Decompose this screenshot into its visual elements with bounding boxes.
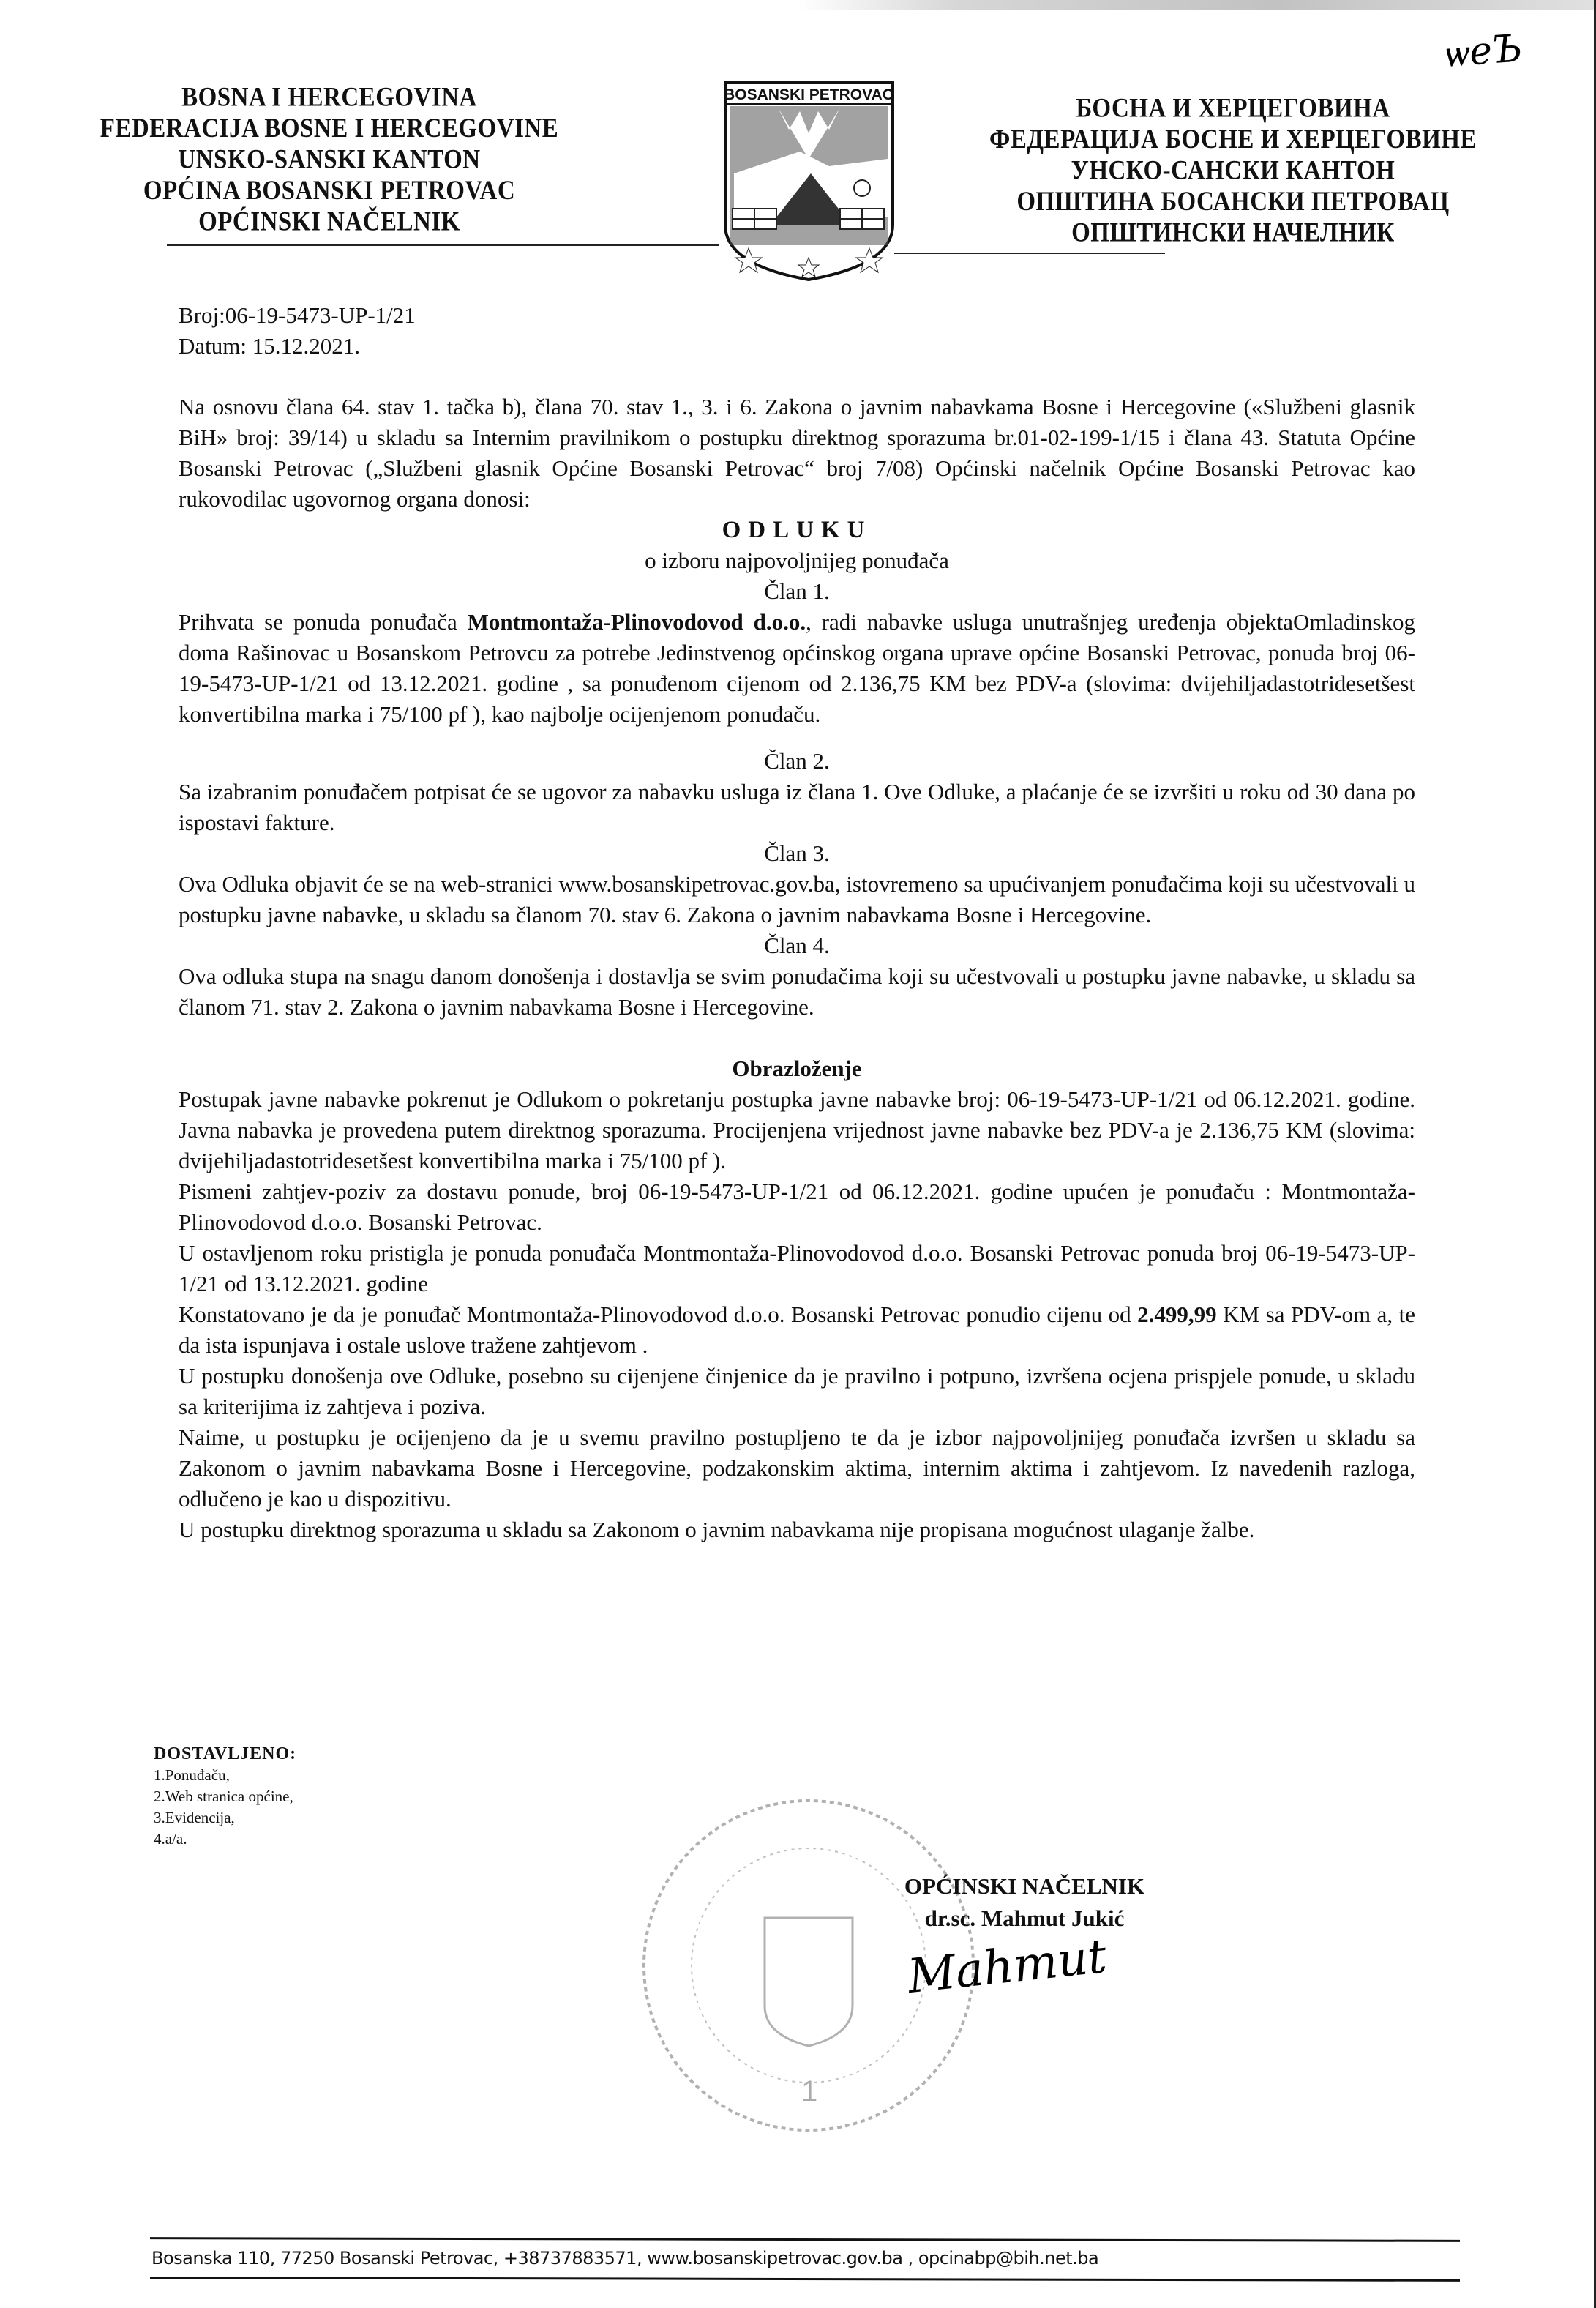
header-cyrillic-line: ОПШТИНА БОСАНСКИ ПЕТРОВАЦ bbox=[966, 187, 1500, 218]
bidder-name: Montmontaža-Plinovodovod d.o.o. bbox=[468, 609, 806, 635]
explanation-paragraph: Postupak javne nabavke pokrenut je Odluk… bbox=[179, 1084, 1415, 1176]
distribution-title: DOSTAVLJENO: bbox=[154, 1744, 296, 1765]
header-rule-left bbox=[167, 244, 719, 246]
header-latin: BOSNA I HERCEGOVINA FEDERACIJA BOSNE I H… bbox=[73, 82, 585, 238]
distribution-item: 4.a/a. bbox=[154, 1829, 296, 1850]
header-rule-right bbox=[894, 253, 1165, 254]
article-text: Prihvata se ponuda ponuđača Montmontaža-… bbox=[179, 607, 1415, 730]
signatory-name: dr.sc. Mahmut Jukić bbox=[820, 1902, 1229, 1935]
header-latin-line: FEDERACIJA BOSNE I HERCEGOVINE bbox=[73, 113, 585, 145]
explanation-paragraph: Pismeni zahtjev-poziv za dostavu ponude,… bbox=[179, 1176, 1415, 1238]
signatory-role: OPĆINSKI NAČELNIK bbox=[820, 1870, 1229, 1902]
article-text: Ova Odluka objavit će se na web-stranici… bbox=[179, 869, 1415, 930]
header-latin-line: OPĆINA BOSANSKI PETROVAC bbox=[73, 176, 585, 207]
header-cyrillic-line: ОПШТИНСКИ НАЧЕЛНИК bbox=[966, 217, 1500, 249]
header-latin-line: UNSKO-SANSKI KANTON bbox=[73, 144, 585, 176]
header-cyrillic-line: БОСНА И ХЕРЦЕГОВИНА bbox=[966, 93, 1500, 124]
explanation-paragraph: Naime, u postupku je ocijenjeno da je u … bbox=[179, 1422, 1415, 1515]
distribution-item: 1.Ponuđaču, bbox=[154, 1765, 296, 1786]
preamble: Na osnovu člana 64. stav 1. tačka b), čl… bbox=[179, 392, 1415, 515]
explanation-paragraph: U ostavljenom roku pristigla je ponuda p… bbox=[179, 1238, 1415, 1299]
handwritten-initials: ѡеЪ bbox=[1444, 26, 1524, 75]
article-heading: Član 3. bbox=[179, 838, 1415, 869]
document-number: Broj:06-19-5473-UP-1/21 bbox=[179, 300, 416, 331]
decision-title: ODLUKU bbox=[179, 515, 1415, 545]
decision-subtitle: o izboru najpovoljnijeg ponuđača bbox=[179, 545, 1415, 576]
article-text: Sa izabranim ponuđačem potpisat će se ug… bbox=[179, 777, 1415, 838]
article-text-part: Prihvata se ponuda ponuđača bbox=[179, 609, 468, 635]
signature-block: OPĆINSKI NAČELNIK dr.sc. Mahmut Jukić bbox=[820, 1870, 1229, 1935]
distribution-item: 3.Evidencija, bbox=[154, 1807, 296, 1829]
explanation-text-part: Konstatovano je da je ponuđač Montmontaž… bbox=[179, 1301, 1137, 1327]
article-heading: Član 2. bbox=[179, 746, 1415, 777]
document-date: Datum: 15.12.2021. bbox=[179, 331, 416, 362]
header-cyrillic-line: УНСКО-САНСКИ КАНТОН bbox=[966, 155, 1500, 187]
article-text: Ova odluka stupa na snagu danom donošenj… bbox=[179, 961, 1415, 1023]
crest-label: BOSANSKI PETROVAC bbox=[724, 86, 893, 103]
distribution-item: 2.Web stranica općine, bbox=[154, 1786, 296, 1807]
header-cyrillic-line: ФЕДЕРАЦИЈА БОСНЕ И ХЕРЦЕГОВИНЕ bbox=[966, 124, 1500, 156]
explanation-paragraph: Konstatovano je da je ponuđač Montmontaž… bbox=[179, 1299, 1415, 1361]
svg-text:1: 1 bbox=[801, 2075, 817, 2107]
explanation-heading: Obrazloženje bbox=[179, 1053, 1415, 1084]
article-heading: Član 1. bbox=[179, 576, 1415, 607]
price-with-vat: 2.499,99 bbox=[1137, 1301, 1217, 1327]
distribution-list: DOSTAVLJENO: 1.Ponuđaču, 2.Web stranica … bbox=[154, 1744, 296, 1850]
footer-rule-top bbox=[150, 2237, 1460, 2242]
explanation-paragraph: U postupku direktnog sporazuma u skladu … bbox=[179, 1515, 1415, 1545]
footer-rule-bottom bbox=[150, 2277, 1460, 2282]
document-body: Na osnovu člana 64. stav 1. tačka b), čl… bbox=[179, 392, 1415, 1545]
explanation-paragraph: U postupku donošenja ove Odluke, posebno… bbox=[179, 1361, 1415, 1422]
footer-contact: Bosanska 110, 77250 Bosanski Petrovac, +… bbox=[151, 2243, 1098, 2274]
header-cyrillic: БОСНА И ХЕРЦЕГОВИНА ФЕДЕРАЦИЈА БОСНЕ И Х… bbox=[966, 93, 1500, 249]
document-meta: Broj:06-19-5473-UP-1/21 Datum: 15.12.202… bbox=[179, 300, 416, 362]
article-heading: Član 4. bbox=[179, 930, 1415, 961]
municipal-crest-icon: BOSANSKI PETROVAC bbox=[719, 78, 899, 283]
header-latin-line: BOSNA I HERCEGOVINA bbox=[73, 82, 585, 113]
header-latin-line: OPĆINSKI NAČELNIK bbox=[73, 206, 585, 238]
scan-edge-artifact bbox=[0, 0, 1596, 10]
